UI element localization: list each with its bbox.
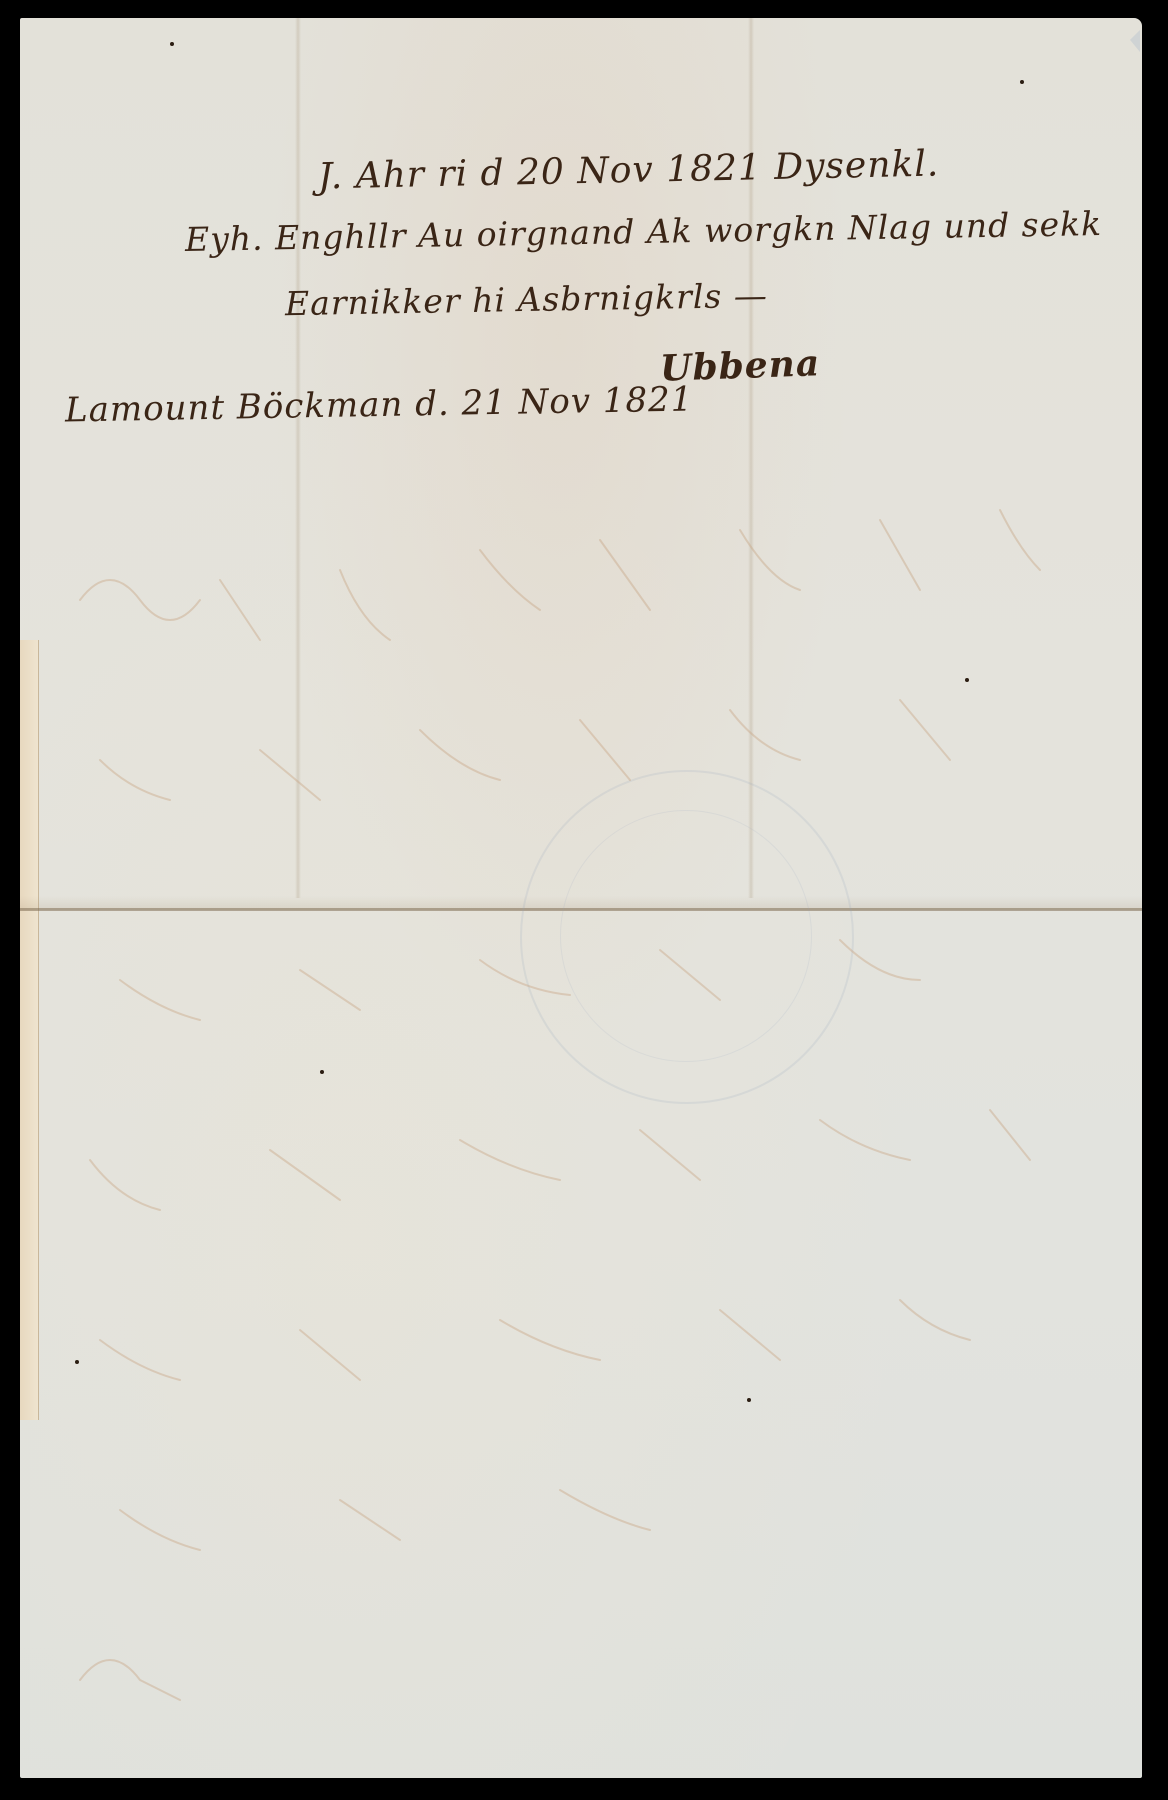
ink-spot [747,1398,751,1402]
paper-edge-strip [20,640,39,1420]
ink-spot [170,42,174,46]
ink-spot [965,678,969,682]
ink-spot [75,1360,79,1364]
ink-spot [1020,80,1024,84]
vertical-fold-line [295,18,301,898]
ink-spot [320,1070,324,1074]
faint-seal-stamp-inner [560,810,812,1062]
